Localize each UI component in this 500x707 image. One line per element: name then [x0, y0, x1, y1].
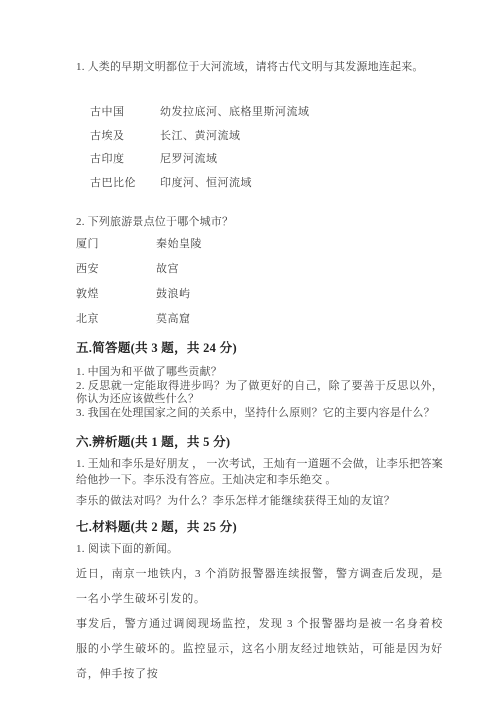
matching-row: 西安 故宫	[76, 262, 443, 287]
section-5-heading: 五.简答题(共 3 题，共 24 分)	[76, 340, 443, 357]
matching-left-item: 古巴比伦	[90, 176, 160, 190]
section-6-question: 李乐的做法对吗？为什么？李乐怎样才能继续获得王灿的友谊？	[76, 494, 443, 509]
matching-right-item: 幼发拉底河、底格里斯河流域	[160, 105, 443, 119]
matching-row: 古中国 幼发拉底河、底格里斯河流域	[76, 105, 443, 129]
question-1-intro: 1. 人类的早期文明都位于大河流域，请将古代文明与其发源地连起来。	[76, 60, 443, 75]
short-answer-question: 2. 反思就一定能取得进步吗？为了做更好的自己，除了要善于反思以外，你认为还应该…	[76, 380, 443, 407]
matching-row: 古埃及 长江、黄河流域	[76, 129, 443, 153]
section-6-scenario: 1. 王灿和李乐是好朋友 ， 一次考试，王灿有一道题不会做，让李乐把答案给他抄一…	[76, 457, 443, 488]
news-paragraph-1: 近日，南京一地铁内，3 个消防报警器连续报警，警方调查后发现，是一名小学生破坏引…	[76, 562, 443, 612]
matching-list-cities: 厦门 秦始皇陵 西安 故宫 敦煌 鼓浪屿 北京 莫高窟	[76, 237, 443, 337]
matching-right-item: 印度河、恒河流域	[160, 176, 443, 190]
news-paragraph-2: 事发后，警方通过调阅现场监控，发现 3 个报警器均是被一名身着校服的小学生破坏的…	[76, 612, 443, 687]
matching-right-item: 莫高窟	[156, 312, 443, 326]
section-5-questions: 1. 中国为和平做了哪些贡献？ 2. 反思就一定能取得进步吗？为了做更好的自己，…	[76, 366, 443, 420]
short-answer-question: 3. 我国在处理国家之间的关系中，坚持什么原则？它的主要内容是什么？	[76, 407, 443, 421]
question-2-intro: 2. 下列旅游景点位于哪个城市？	[76, 215, 443, 230]
matching-row: 古印度 尼罗河流域	[76, 152, 443, 176]
matching-row: 北京 莫高窟	[76, 312, 443, 337]
matching-left-item: 古印度	[90, 152, 160, 166]
matching-left-item: 北京	[76, 312, 156, 326]
matching-right-item: 秦始皇陵	[156, 237, 443, 251]
matching-row: 厦门 秦始皇陵	[76, 237, 443, 262]
exam-page: 1. 人类的早期文明都位于大河流域，请将古代文明与其发源地连起来。 古中国 幼发…	[0, 0, 500, 707]
matching-row: 敦煌 鼓浪屿	[76, 287, 443, 312]
matching-left-item: 西安	[76, 262, 156, 276]
matching-left-item: 古埃及	[90, 129, 160, 143]
section-6-heading: 六.辨析题(共 1 题，共 5 分)	[76, 434, 443, 451]
matching-row: 古巴比伦 印度河、恒河流域	[76, 176, 443, 200]
section-7-intro: 1. 阅读下面的新闻。	[76, 542, 443, 557]
matching-right-item: 长江、黄河流域	[160, 129, 443, 143]
matching-list-civilizations: 古中国 幼发拉底河、底格里斯河流域 古埃及 长江、黄河流域 古印度 尼罗河流域 …	[76, 105, 443, 199]
matching-right-item: 鼓浪屿	[156, 287, 443, 301]
matching-left-item: 敦煌	[76, 287, 156, 301]
matching-right-item: 尼罗河流域	[160, 152, 443, 166]
section-7-heading: 七.材料题(共 2 题，共 25 分)	[76, 519, 443, 536]
matching-left-item: 古中国	[90, 105, 160, 119]
matching-left-item: 厦门	[76, 237, 156, 251]
matching-right-item: 故宫	[156, 262, 443, 276]
short-answer-question: 1. 中国为和平做了哪些贡献？	[76, 366, 443, 380]
